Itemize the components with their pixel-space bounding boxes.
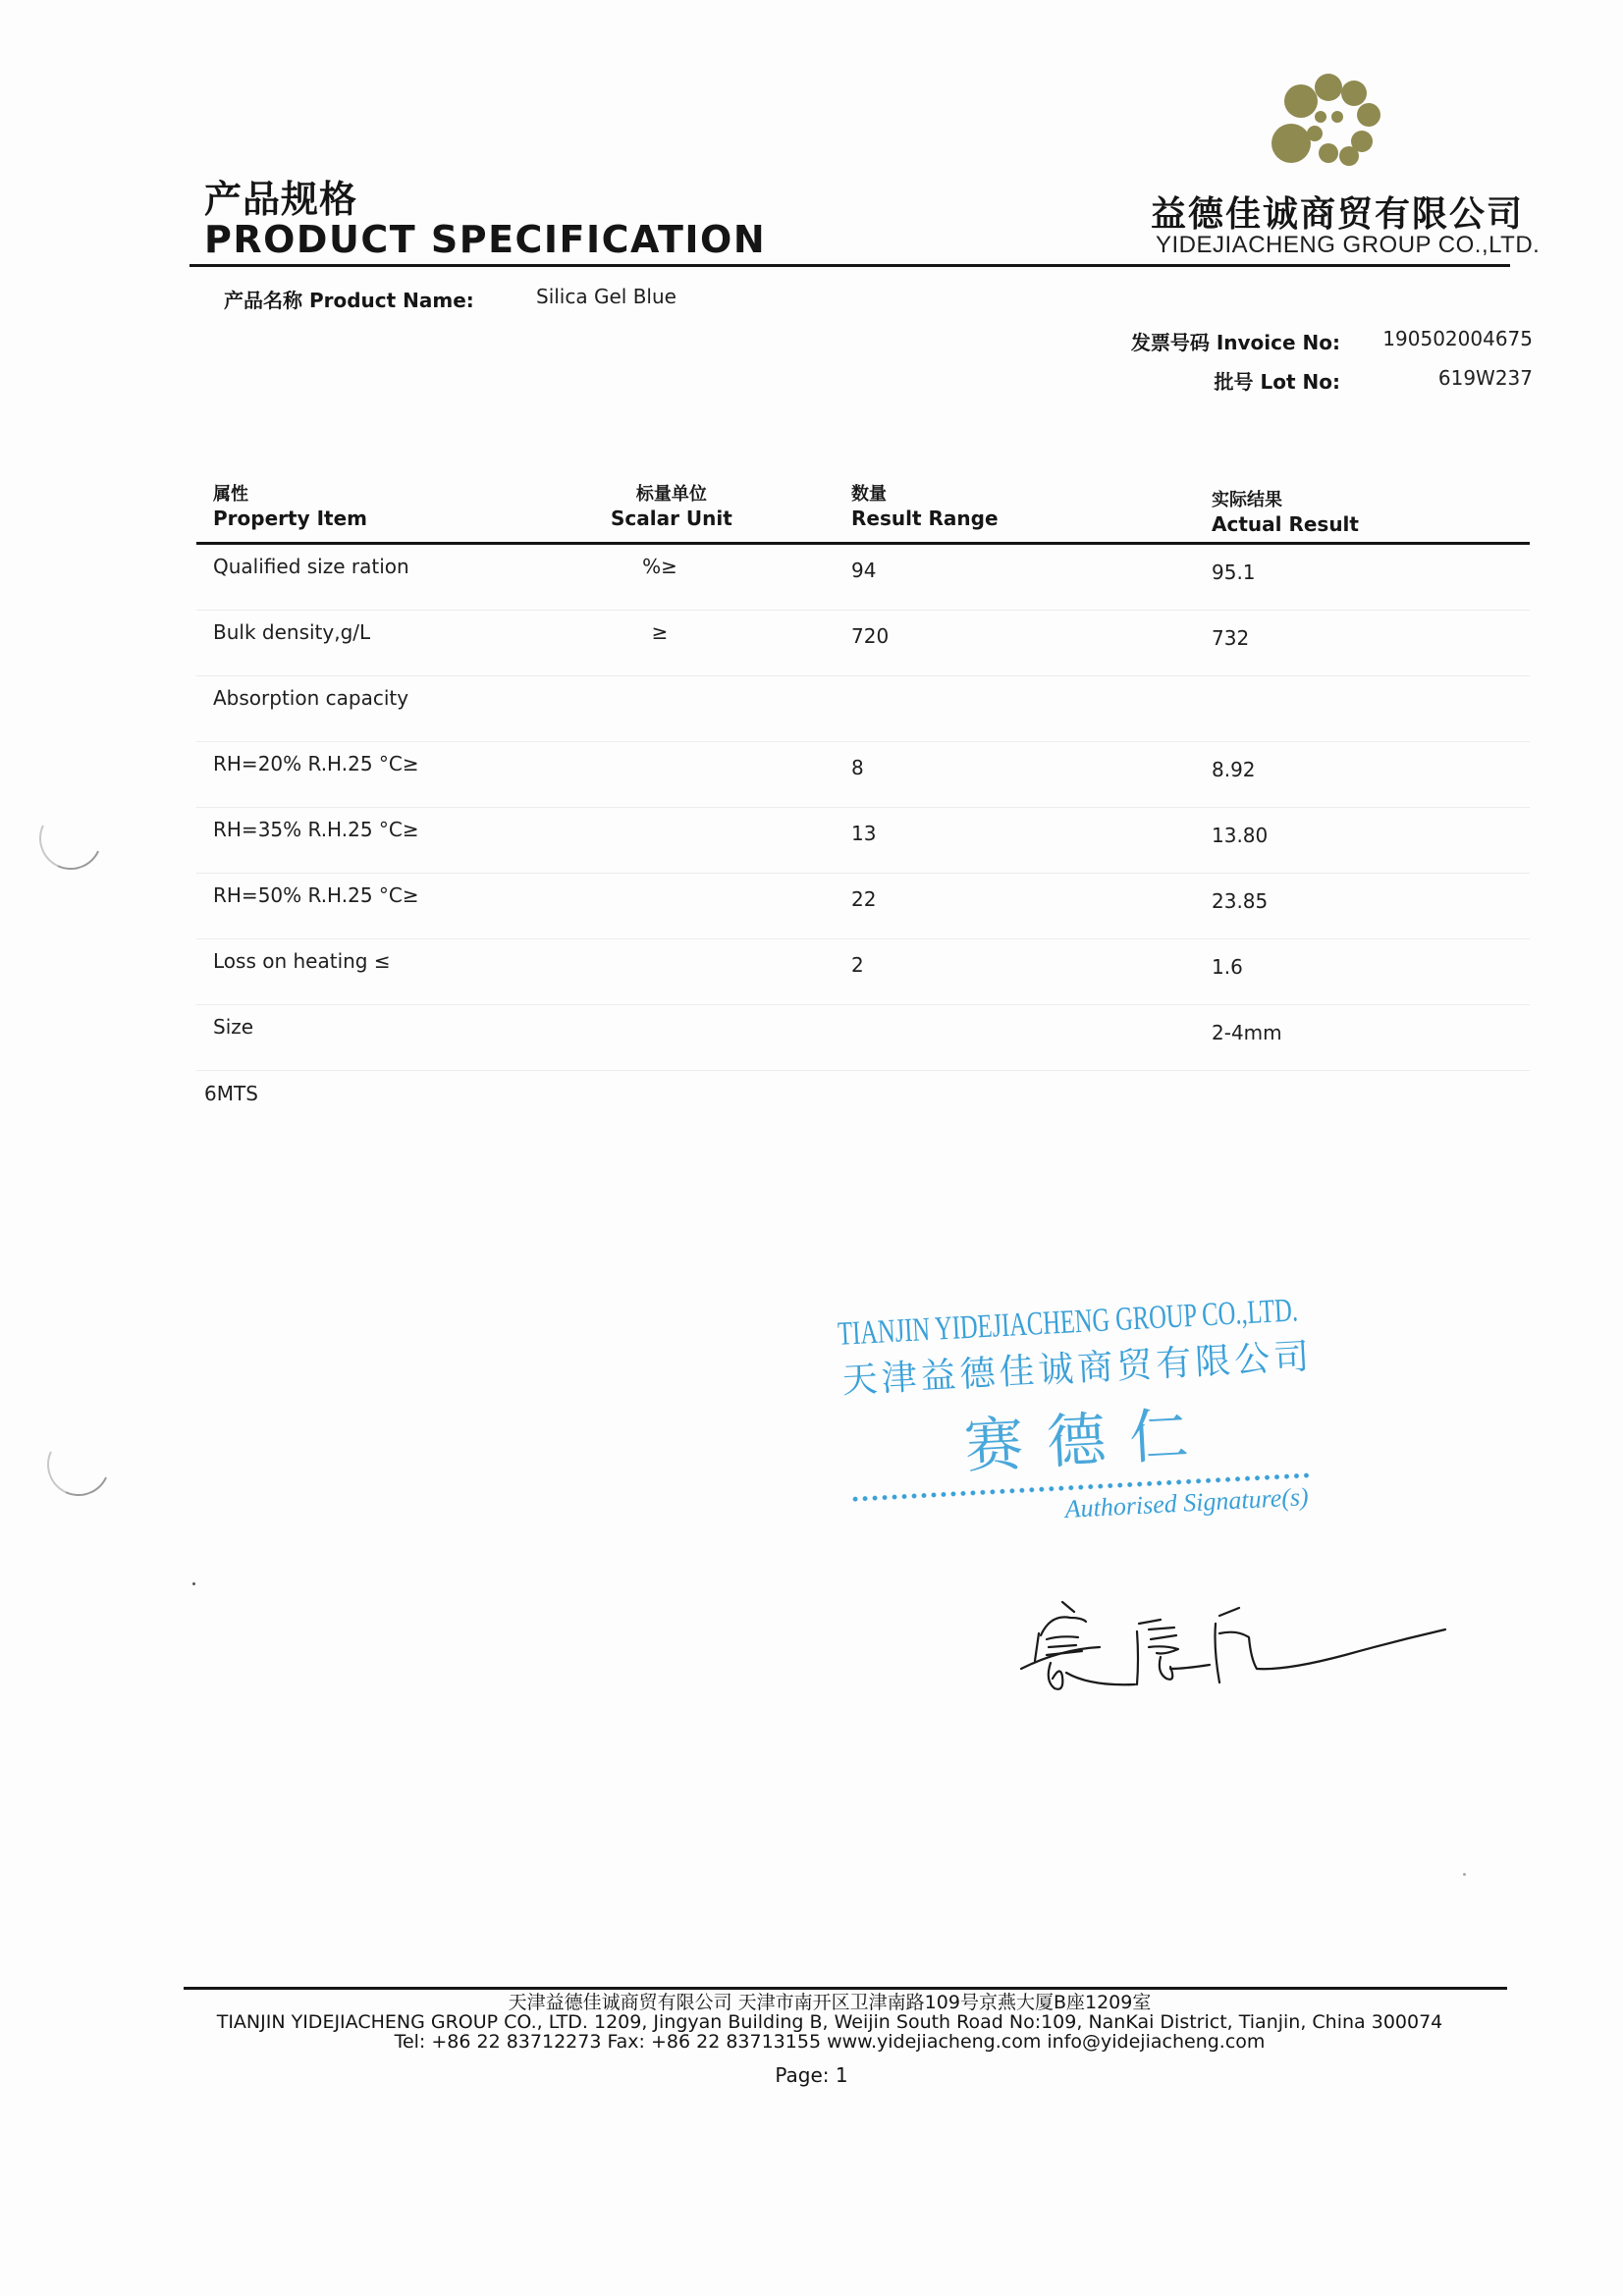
stamp-signatory-name: 赛德仁 [962,1387,1214,1484]
page-title-cn: 产品规格 [204,169,357,223]
footer-address-cn: 天津益德佳诚商贸有限公司 天津市南开区卫津南路109号京燕大厦B座1209室 [147,1993,1512,2012]
lot-number-label: 批号 Lot No: [1215,366,1340,395]
cell-property: Loss on heating ≤ [213,949,391,973]
cell-actual: 8.92 [1212,758,1256,781]
table-header: 属性 Property Item 标量单位 Scalar Unit 数量 Res… [196,481,1530,545]
shelf-life-note: 6MTS [204,1082,258,1105]
cell-property: RH=35% R.H.25 °C≥ [213,818,419,841]
cell-property: Qualified size ration [213,555,409,578]
column-header-range-cn: 数量 [851,483,999,507]
table-row: RH=20% R.H.25 °C≥88.92 [196,742,1530,808]
footer-divider [184,1987,1507,1990]
column-header-property-en: Property Item [213,507,367,530]
header-divider [189,264,1510,267]
column-header-unit-cn: 标量单位 [611,483,732,507]
scan-speck [1463,1873,1466,1876]
table-row: Bulk density,g/L≥720732 [196,611,1530,676]
cell-unit: ≥ [652,620,669,644]
hole-punch-mark [30,798,111,879]
cell-actual: 23.85 [1212,889,1268,913]
specification-table: 属性 Property Item 标量单位 Scalar Unit 数量 Res… [196,481,1530,1071]
table-row: Loss on heating ≤21.6 [196,939,1530,1005]
handwritten-signature [992,1590,1453,1698]
column-header-property-cn: 属性 [213,483,367,507]
column-header-unit-en: Scalar Unit [611,507,732,530]
company-logo-icon [1267,69,1394,172]
cell-actual: 2-4mm [1212,1021,1282,1044]
product-name-label: 产品名称 Product Name: [224,285,474,313]
footer-address-en: TIANJIN YIDEJIACHENG GROUP CO., LTD. 120… [147,2012,1512,2032]
footer-address: 天津益德佳诚商贸有限公司 天津市南开区卫津南路109号京燕大厦B座1209室 T… [147,1993,1512,2052]
cell-range: 22 [851,887,876,911]
cell-property: Size [213,1015,253,1039]
table-row: RH=35% R.H.25 °C≥1313.80 [196,808,1530,874]
cell-unit: %≥ [642,555,677,578]
column-header-property: 属性 Property Item [213,483,367,530]
column-header-range-en: Result Range [851,507,999,530]
column-header-actual: 实际结果 Actual Result [1212,489,1359,536]
cell-range: 2 [851,953,864,977]
cell-range: 13 [851,822,876,845]
company-name-cn: 益德佳诚商贸有限公司 [1151,187,1524,237]
page-title: PRODUCT SPECIFICATION [204,218,766,261]
hole-punch-mark [38,1424,119,1505]
cell-range: 94 [851,559,876,582]
cell-actual: 732 [1212,626,1249,650]
cell-property: RH=50% R.H.25 °C≥ [213,883,419,907]
cell-range: 8 [851,756,864,779]
table-row: Qualified size ration%≥9495.1 [196,545,1530,611]
invoice-number-value: 190502004675 [1382,327,1533,350]
cell-range: 720 [851,624,889,648]
company-stamp: TIANJIN YIDEJIACHENG GROUP CO.,LTD. 天津益德… [835,1286,1318,1546]
table-row: RH=50% R.H.25 °C≥2223.85 [196,874,1530,939]
cell-property: Bulk density,g/L [213,620,370,644]
page-number: Page: 1 [0,2063,1623,2087]
table-row: Absorption capacity [196,676,1530,742]
cell-actual: 95.1 [1212,561,1256,584]
cell-property: Absorption capacity [213,686,408,710]
column-header-actual-en: Actual Result [1212,512,1359,536]
footer-contact: Tel: +86 22 83712273 Fax: +86 22 8371315… [147,2032,1512,2052]
cell-actual: 13.80 [1212,824,1268,847]
table-row: Size2-4mm [196,1005,1530,1071]
invoice-number-label: 发票号码 Invoice No: [1131,327,1340,355]
column-header-actual-cn: 实际结果 [1212,489,1359,512]
scan-speck [192,1582,195,1585]
cell-actual: 1.6 [1212,955,1243,979]
cell-property: RH=20% R.H.25 °C≥ [213,752,419,775]
column-header-unit: 标量单位 Scalar Unit [611,483,732,530]
table-body: Qualified size ration%≥9495.1Bulk densit… [196,545,1530,1071]
lot-number-value: 619W237 [1438,366,1533,390]
product-name-value: Silica Gel Blue [536,285,676,308]
company-name-en: YIDEJIACHENG GROUP CO.,LTD. [1156,232,1540,259]
column-header-range: 数量 Result Range [851,483,999,530]
